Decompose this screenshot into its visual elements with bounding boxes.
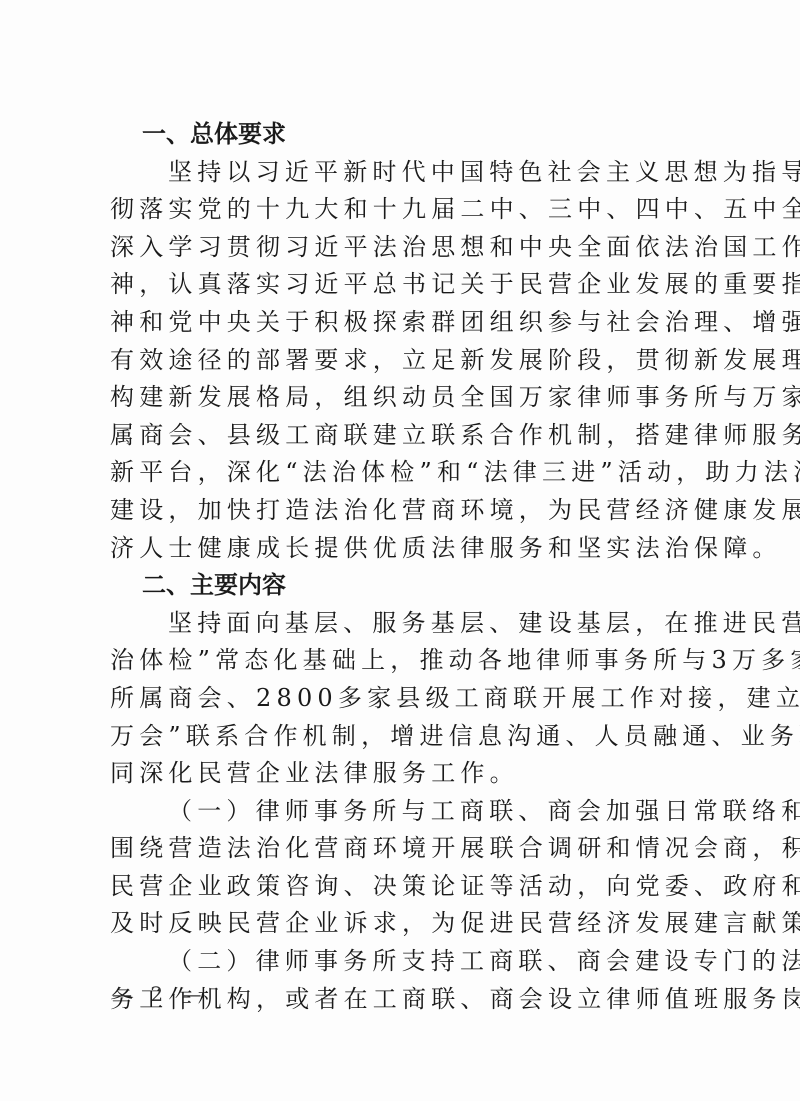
text-line: 围绕营造法治化营商环境开展联合调研和情况会商，积极参与涉 [110,830,678,868]
text-line: 万会”联系合作机制，增进信息沟通、人员融通、业务联通，共 [110,718,678,756]
text-line: 彻落实党的十九大和十九届二中、三中、四中、五中全会精神， [110,191,678,229]
section-heading-main-content: 二、主要内容 [110,567,678,605]
text-line: 深入学习贯彻习近平法治思想和中央全面依法治国工作会议精 [110,229,678,267]
text-line: 有效途径的部署要求，立足新发展阶段，贯彻新发展理念，服务 [110,342,678,380]
text-line: （一）律师事务所与工商联、商会加强日常联络和信息交流， [110,793,678,831]
text-line: 坚持面向基层、服务基层、建设基层，在推进民营企业“法 [110,605,678,643]
page-number: — 2 — [112,982,207,1006]
text-line: 构建新发展格局，组织动员全国万家律师事务所与万家工商联所 [110,379,678,417]
text-line: 新平台，深化“法治体检”和“法律三进”活动，助力法治民企 [110,454,678,492]
text-line: 民营企业政策咨询、决策论证等活动，向党委、政府和有关部门 [110,868,678,906]
text-line: 同深化民营企业法律服务工作。 [110,755,678,793]
text-line: 及时反映民营企业诉求，为促进民营经济发展建言献策。 [110,905,678,943]
section-heading-general-requirements: 一、总体要求 [110,116,678,154]
text-line: 济人士健康成长提供优质法律服务和坚实法治保障。 [110,530,678,568]
paragraph-general-requirements: 坚持以习近平新时代中国特色社会主义思想为指导，深入贯 彻落实党的十九大和十九届二… [110,154,678,568]
paragraph-main-content-intro: 坚持面向基层、服务基层、建设基层，在推进民营企业“法 治体检”常态化基础上，推动… [110,605,678,793]
text-line: 属商会、县级工商联建立联系合作机制，搭建律师服务民营企业 [110,417,678,455]
text-line: 建设，加快打造法治化营商环境，为民营经济健康发展和民营经 [110,492,678,530]
text-line: 坚持以习近平新时代中国特色社会主义思想为指导，深入贯 [110,154,678,192]
document-page: 一、总体要求 坚持以习近平新时代中国特色社会主义思想为指导，深入贯 彻落实党的十… [0,0,800,1101]
text-line: 神，认真落实习近平总书记关于民营企业发展的重要指示批示精 [110,266,678,304]
document-body: 一、总体要求 坚持以习近平新时代中国特色社会主义思想为指导，深入贯 彻落实党的十… [110,116,678,1018]
text-line: （二）律师事务所支持工商联、商会建设专门的法律维权服 [110,943,678,981]
text-line: 所属商会、2800多家县级工商联开展工作对接，建立“万所联 [110,680,678,718]
text-line: 治体检”常态化基础上，推动各地律师事务所与3万多家工商联 [110,642,678,680]
paragraph-item-2: （二）律师事务所支持工商联、商会建设专门的法律维权服 务工作机构，或者在工商联、… [110,943,678,1018]
text-line: 神和党中央关于积极探索群团组织参与社会治理、增强自律能力 [110,304,678,342]
paragraph-item-1: （一）律师事务所与工商联、商会加强日常联络和信息交流， 围绕营造法治化营商环境开… [110,793,678,943]
